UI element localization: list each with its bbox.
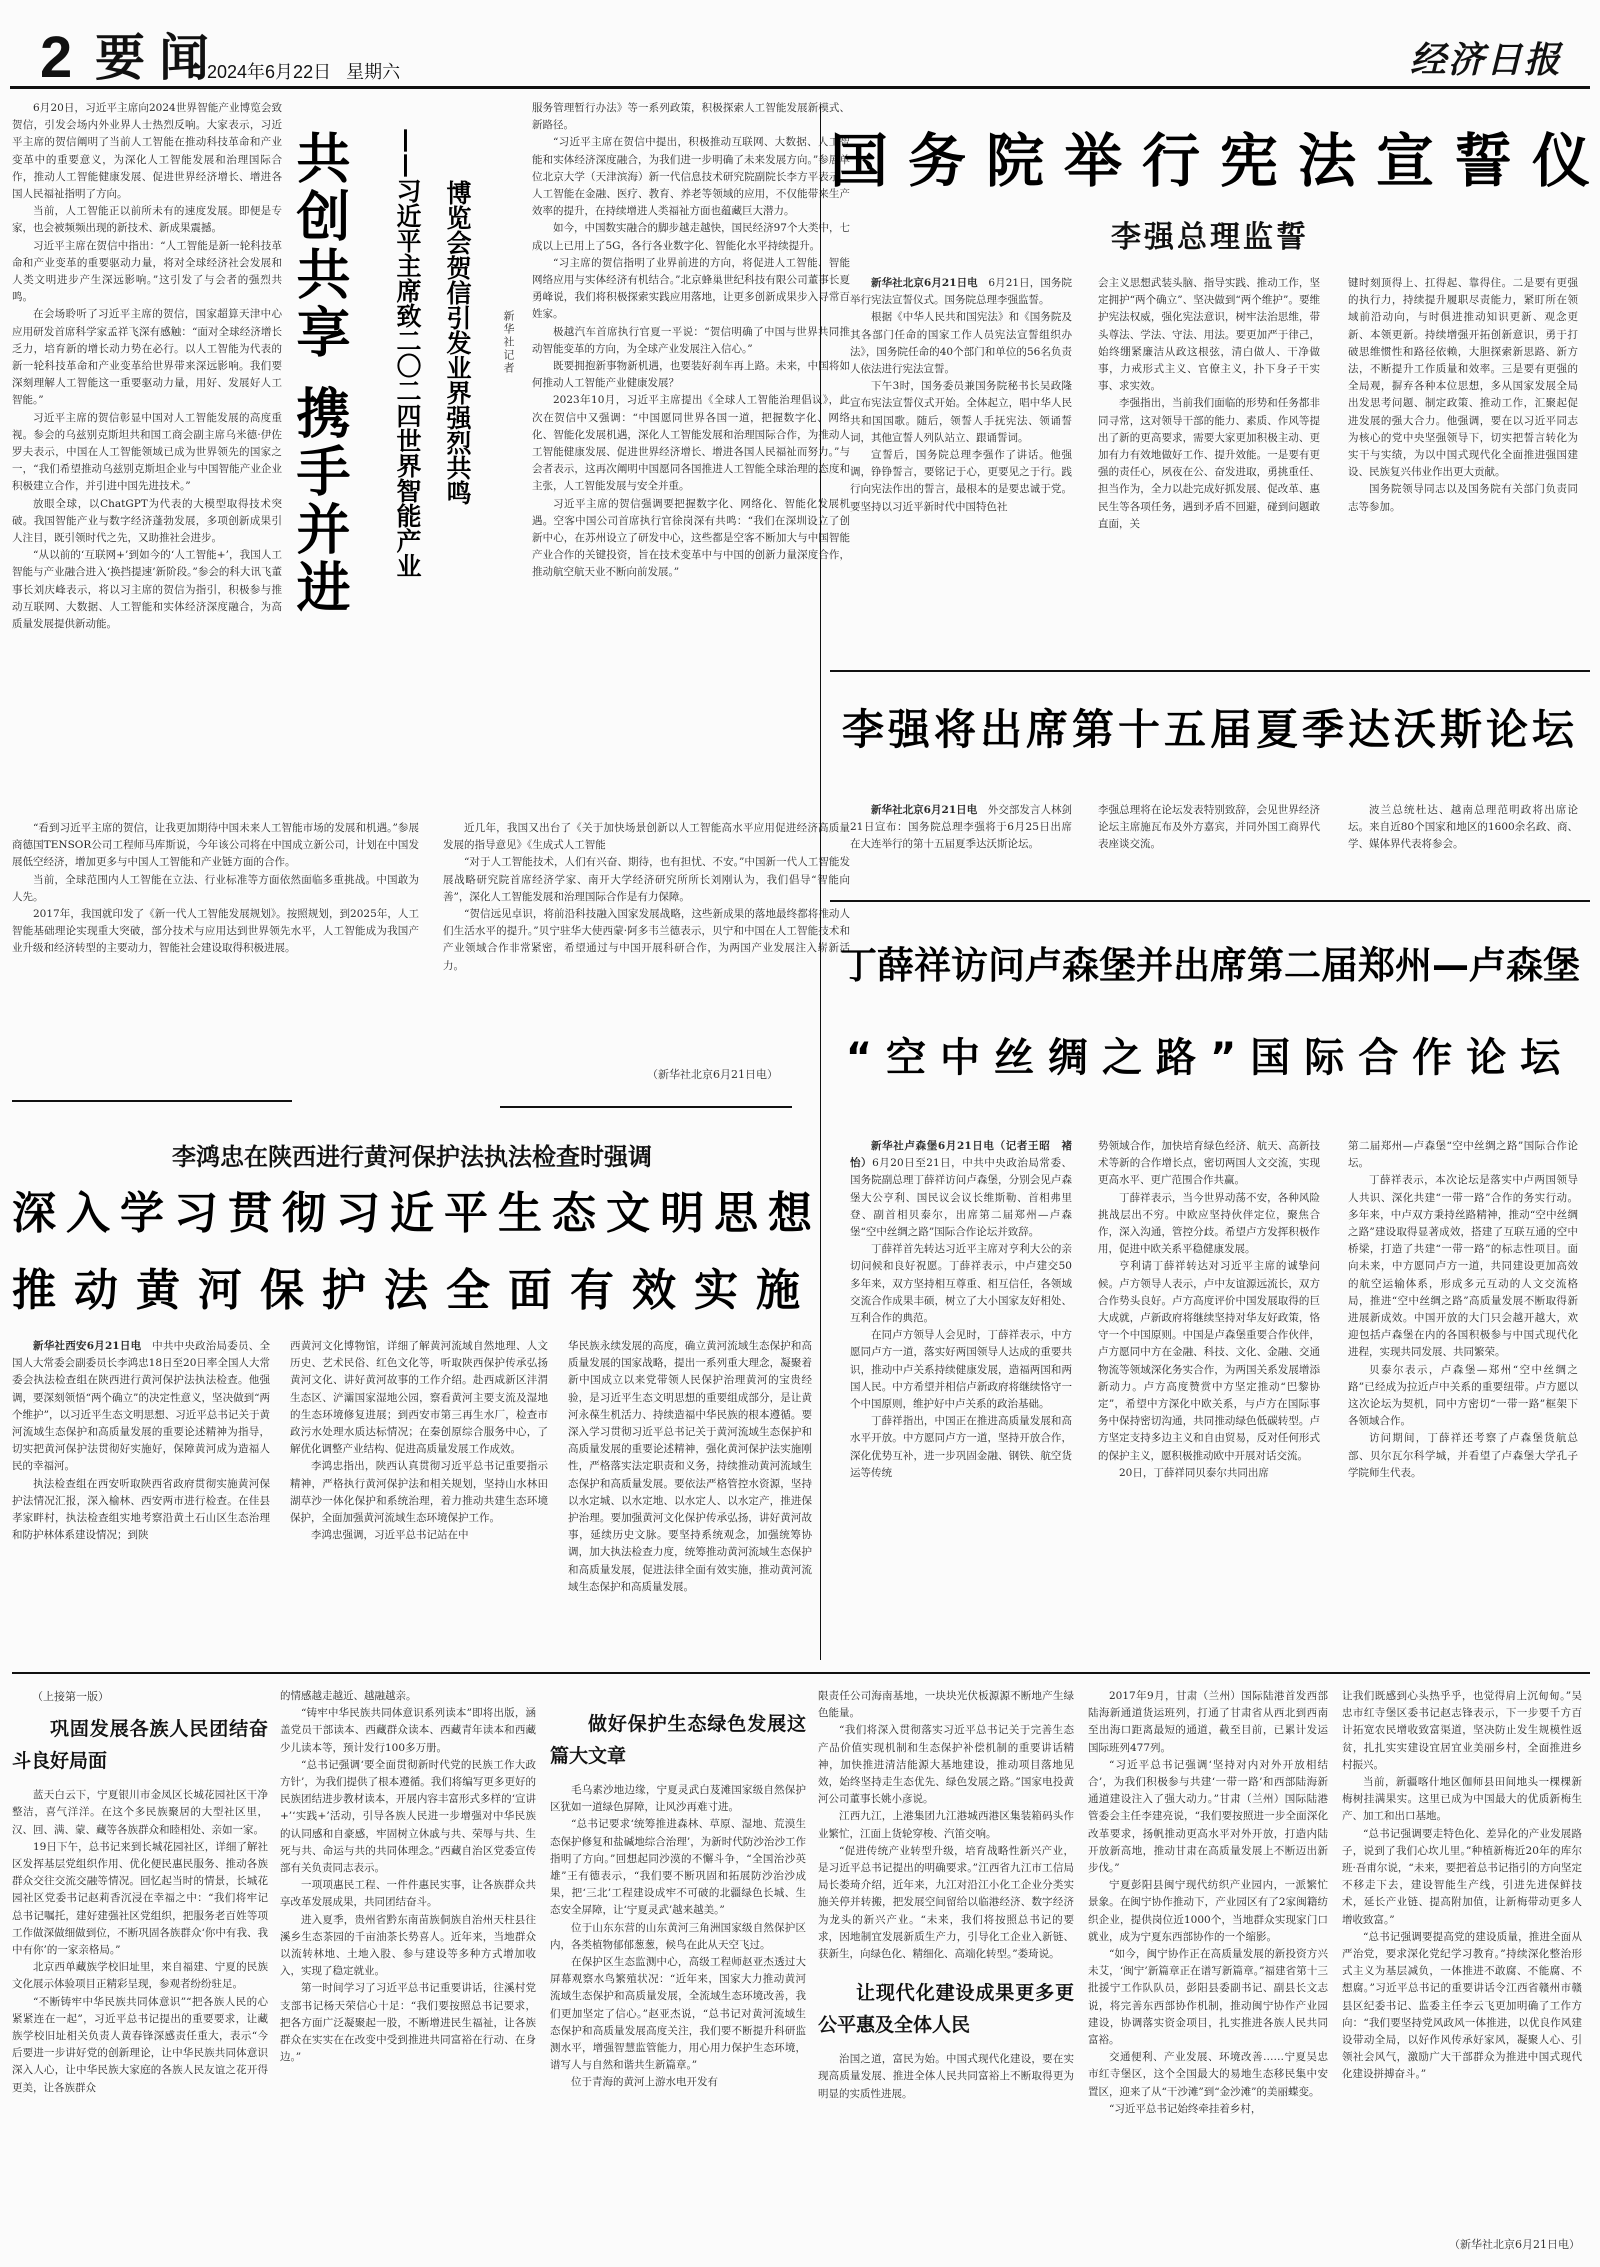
ai-story-bottom-rule: [12, 1100, 292, 1102]
continued-credit: （新华社北京6月21日电）: [1380, 2236, 1580, 2252]
oath-col2: 会主义思想武装头脑、指导实践、推动工作，坚定拥护“两个确立”、坚决做到“两个维护…: [1098, 275, 1320, 615]
section-heading-unity: 巩固发展各族人民团结奋斗良好局面: [12, 1713, 268, 1777]
date-text: 2024年6月22日: [207, 62, 331, 82]
jump-label: （上接第一版）: [12, 1688, 268, 1705]
yellow-river-headline-line1: 深入学习贯彻习近平生态文明思想: [12, 1185, 812, 1243]
ai-story-col2: 服务管理暂行办法》等一系列政策，积极探索人工智能发展新模式、新路径。 “习近平主…: [532, 100, 850, 830]
lux-headline-line1: 丁薛祥访问卢森堡并出席第二届郑州—卢森堡: [830, 940, 1590, 992]
ai-story-subheadline-2: 博览会贺信引发业界强烈共鸣: [442, 180, 472, 740]
section-heading-common-prosperity: 让现代化建设成果更多更公平惠及全体人民: [818, 1977, 1074, 2041]
ai-story-subheadline: ——习近平主席致二〇二四世界智能产业: [392, 128, 422, 688]
oath-col3: 键时刻顶得上、扛得起、靠得住。二是要有更强的执行力，持续提升履职尽责能力，紧盯所…: [1348, 275, 1578, 615]
lux-col3: 第二届郑州—卢森堡“空中丝绸之路”国际合作论坛。 丁薛祥表示，本次论坛是落实中卢…: [1348, 1138, 1578, 1658]
yellow-river-col3: 华民族永续发展的高度，确立黄河流域生态保护和高质量发展的国家战略，提出一系列重大…: [568, 1338, 812, 1656]
davos-headline: 李强将出席第十五届夏季达沃斯论坛: [830, 700, 1590, 760]
oath-bottom-rule: [830, 670, 1590, 672]
davos-col1: 新华社北京6月21日电 外交部发言人林剑21日宣布：国务院总理李强将于6月25日…: [850, 802, 1072, 882]
section-title: 要闻: [95, 30, 223, 86]
oath-dateline: 新华社北京6月21日电: [871, 277, 978, 289]
ai-story-byline: 新华社记者: [500, 310, 516, 375]
yellow-river-col1: 新华社西安6月21日电 中共中央政治局委员、全国人大常委会副委员长李鸿忠18日至…: [12, 1338, 270, 1656]
yellow-river-headline-line2: 推动黄河保护法全面有效实施: [12, 1262, 812, 1320]
davos-col2: 李强总理将在论坛发表特别致辞，会见世界经济论坛主席施瓦布及外方嘉宾，并同外国工商…: [1098, 802, 1320, 882]
section-heading-ecology: 做好保护生态绿色发展这篇大文章: [550, 1708, 806, 1772]
davos-bottom-rule: [830, 900, 1590, 902]
lux-col1: 新华社卢森堡6月21日电（记者王昭 褚怡）6月20日至21日，中共中央政治局常委…: [850, 1138, 1072, 1658]
ai-story-headline: 共创共享 携手并进: [288, 130, 350, 830]
weekday-text: 星期六: [346, 62, 400, 82]
lux-headline-line2: “空中丝绸之路”国际合作论坛: [830, 1030, 1590, 1086]
issue-date: 2024年6月22日 星期六: [207, 58, 400, 84]
oath-subhead: 李强总理监誓: [830, 212, 1590, 256]
ai-story-bottom: “看到习近平主席的贺信，让我更加期待中国未来人工智能市场的发展和机遇。”参展商德…: [12, 820, 850, 1080]
newspaper-logo: 经济日报: [1410, 32, 1562, 83]
yellow-river-dateline: 新华社西安6月21日电: [33, 1340, 141, 1352]
yellow-river-col2: 西黄河文化博物馆，详细了解黄河流域自然地理、人文历史、艺术民俗、红色文化等，听取…: [290, 1338, 548, 1656]
ai-story-credit: （新华社北京6月21日电）: [560, 1066, 778, 1082]
continued-col6: 让我们既感到心头热乎乎，也觉得肩上沉甸甸。”吴忠市红寺堡区委书记赵志锋表示，下一…: [1342, 1688, 1582, 2233]
continued-col4: 限责任公司海南基地，一块块光伏板源源不断地产生绿色能量。 “我们将深入贯彻落实习…: [818, 1688, 1074, 2258]
oath-headline: 国务院举行宪法宣誓仪式: [830, 125, 1590, 197]
continued-col2: 的情感越走越近、越融越亲。 “铸牢中华民族共同体意识系列读本”即将出版，涵盖党员…: [280, 1688, 536, 2258]
lux-col2: 势领域合作，加快培育绿色经济、航天、高新技术等新的合作增长点，密切两国人文交流，…: [1098, 1138, 1320, 1658]
masthead-rule: [10, 86, 1590, 89]
ai-story-bottom-rule-2: [500, 1106, 792, 1108]
davos-col3: 波兰总统杜达、越南总理范明政将出席论坛。来自近80个国家和地区的1600余名政、…: [1348, 802, 1578, 882]
continued-col3: 做好保护生态绿色发展这篇大文章 毛乌素沙地边缘，宁夏灵武白芨滩国家级自然保护区犹…: [550, 1688, 806, 2258]
column-divider: [820, 105, 821, 1660]
continued-col5: 2017年9月，甘肃（兰州）国际陆港首发西部陆海新通道货运班列，打通了甘肃省从西…: [1088, 1688, 1328, 2258]
page-number: 2: [40, 28, 72, 88]
ai-story-col1: 6月20日，习近平主席向2024世界智能产业博览会致贺信，引发会场内外业界人士热…: [12, 100, 282, 810]
davos-dateline: 新华社北京6月21日电: [871, 804, 977, 816]
oath-col1: 新华社北京6月21日电 6月21日，国务院举行宪法宣誓仪式。国务院总理李强监誓。…: [850, 275, 1072, 615]
yellow-river-kicker: 李鸿忠在陕西进行黄河保护法执法检查时强调: [12, 1140, 812, 1174]
continued-col1: （上接第一版） 巩固发展各族人民团结奋斗良好局面 蓝天白云下，宁夏银川市金凤区长…: [12, 1688, 268, 2258]
lower-section-rule: [12, 1672, 1590, 1674]
